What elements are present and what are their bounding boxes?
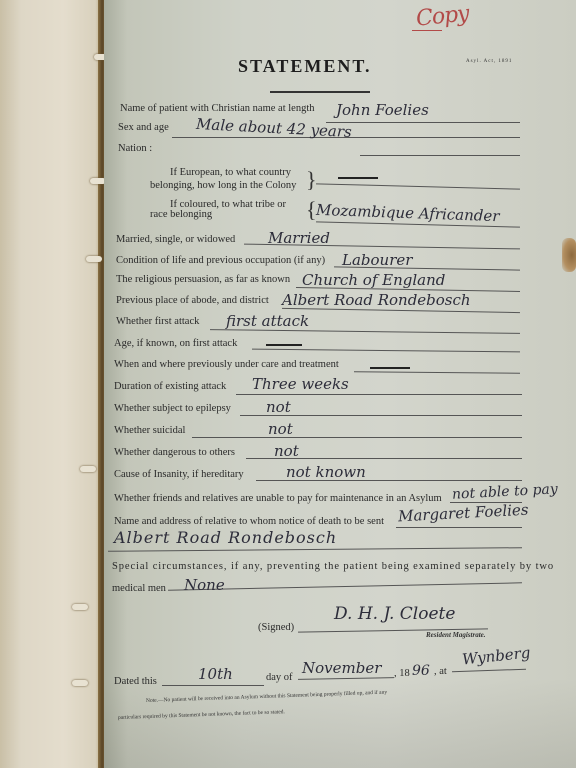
- dated-day-value[interactable]: 10th: [198, 666, 233, 682]
- signature-title: Resident Magistrate.: [426, 631, 486, 639]
- field-line: [326, 122, 520, 123]
- facing-blank-page: [0, 0, 106, 768]
- field-label-married: Married, single, or widowed: [116, 234, 235, 246]
- field-value-special[interactable]: None: [184, 577, 225, 593]
- field-label-european-1: If European, to what country: [170, 167, 291, 179]
- field-label-duration: Duration of existing attack: [114, 381, 226, 393]
- field-label-special-2: medical men: [112, 583, 166, 595]
- field-label-maintenance: Whether friends and relatives are unable…: [114, 493, 442, 505]
- dated-year-value[interactable]: 96: [412, 663, 430, 679]
- field-label-first-attack: Whether first attack: [116, 316, 199, 328]
- field-value-suicidal[interactable]: not: [268, 421, 293, 437]
- field-label-religion: The religious persuasion, as far as know…: [116, 274, 290, 286]
- dated-day-of-label: day of: [266, 672, 293, 684]
- form-code: Asyl. Act, 1891: [466, 59, 512, 64]
- dated-month-value[interactable]: November: [302, 660, 381, 676]
- field-value-dash: [370, 367, 410, 369]
- dated-year-prefix: , 18: [394, 668, 410, 680]
- field-label-suicidal: Whether suicidal: [114, 425, 185, 437]
- field-label-occupation: Condition of life and previous occupatio…: [116, 255, 325, 267]
- field-line: [236, 394, 522, 395]
- field-value-duration[interactable]: Three weeks: [252, 376, 349, 392]
- field-value-first-attack[interactable]: first attack: [226, 313, 309, 329]
- field-label-relative: Name and address of relative to whom not…: [114, 516, 384, 528]
- field-label-sex-age: Sex and age: [118, 122, 169, 134]
- field-label-abode: Previous place of abode, and district: [116, 295, 269, 307]
- field-value-name[interactable]: John Foelies: [336, 102, 429, 118]
- signature-label: (Signed): [258, 622, 294, 634]
- field-value-married[interactable]: Married: [268, 230, 330, 246]
- dated-label: Dated this: [114, 676, 157, 688]
- field-value-dash: [266, 344, 302, 346]
- field-line: [360, 155, 520, 156]
- binding-stitch: [86, 256, 102, 262]
- field-label-european-2: belonging, how long in the Colony: [150, 180, 296, 192]
- field-label-nation: Nation :: [118, 143, 152, 155]
- field-label-age-first-attack: Age, if known, on first attack: [114, 338, 237, 350]
- field-label-special-1: Special circumstances, if any, preventin…: [112, 561, 554, 573]
- binding-stitch: [72, 604, 88, 610]
- field-label-name: Name of patient with Christian name at l…: [120, 103, 315, 115]
- signature-value[interactable]: D. H. J. Cloete: [334, 606, 455, 622]
- field-label-coloured-2: race belonging: [150, 209, 212, 221]
- binding-stitch: [80, 466, 96, 472]
- field-value-epilepsy[interactable]: not: [266, 399, 291, 415]
- field-label-dangerous: Whether dangerous to others: [114, 447, 235, 459]
- field-line: [192, 437, 522, 438]
- dated-day-line: [162, 685, 264, 686]
- brace: }: [306, 169, 317, 191]
- field-label-epilepsy: Whether subject to epilepsy: [114, 403, 231, 415]
- field-value-cause[interactable]: not known: [286, 464, 366, 480]
- binding-stitch: [72, 680, 88, 686]
- dated-at-label: , at: [434, 666, 447, 678]
- page-title: STATEMENT.: [238, 56, 372, 77]
- field-label-previous-care: When and where previously under care and…: [114, 359, 339, 371]
- field-label-cause: Cause of Insanity, if hereditary: [114, 469, 244, 481]
- field-value-relative-address[interactable]: Albert Road Rondebosch: [114, 530, 337, 546]
- field-value-religion[interactable]: Church of England: [302, 272, 445, 288]
- red-annotation-underline: [412, 30, 442, 31]
- field-value-dangerous[interactable]: not: [274, 443, 299, 459]
- field-value-abode[interactable]: Albert Road Rondebosch: [282, 292, 471, 308]
- paper-stain: [562, 238, 576, 272]
- field-line: [396, 527, 522, 528]
- title-rule: [270, 91, 370, 93]
- field-value-occupation[interactable]: Labourer: [342, 252, 412, 268]
- field-value-dash: [338, 177, 378, 179]
